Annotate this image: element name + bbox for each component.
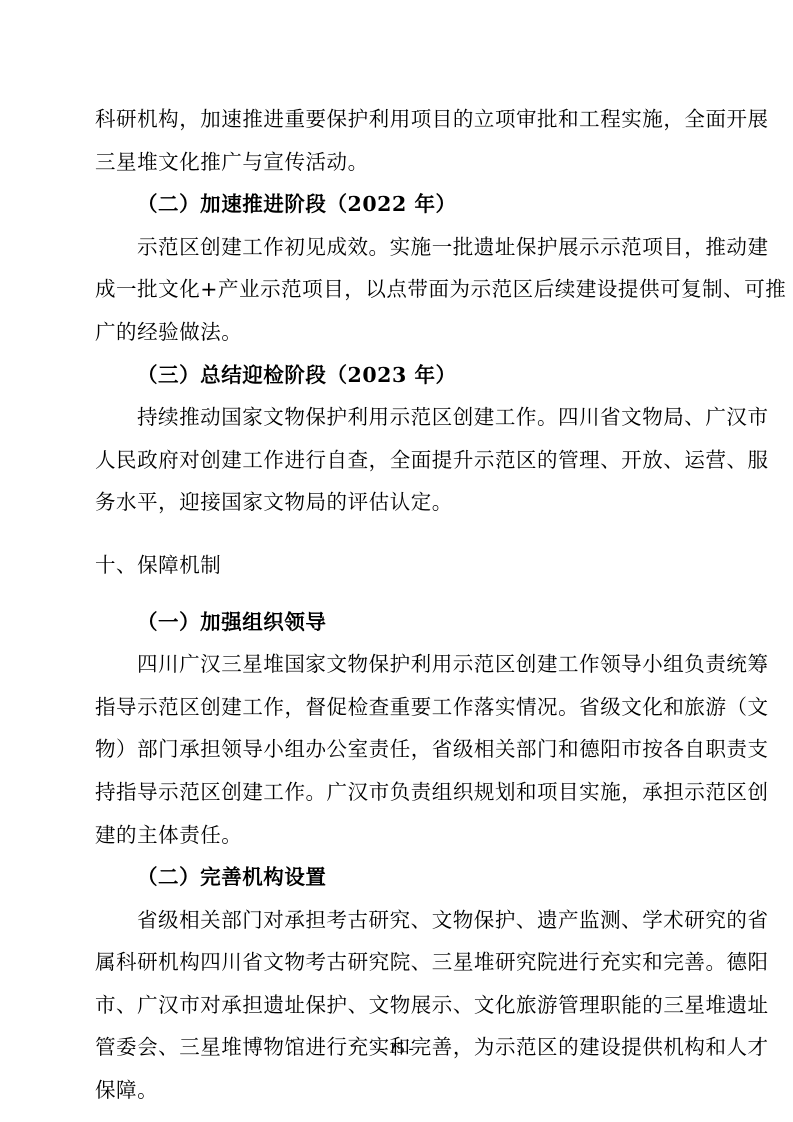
paragraph-line: 三星堆文化推广与宣传活动。 (95, 141, 705, 184)
paragraph-line: 物）部门承担领导小组办公室责任，省级相关部门和德阳市按各自职责支 (95, 728, 700, 771)
spacer (95, 524, 705, 544)
document-page: 科研机构，加速推进重要保护利用项目的立项审批和工程实施，全面开展 三星堆文化推广… (95, 98, 705, 1112)
paragraph-line: 示范区创建工作初见成效。实施一批遗址保护展示示范项目，推动建 (95, 226, 700, 269)
paragraph-acceleration-stage: 示范区创建工作初见成效。实施一批遗址保护展示示范项目，推动建 成一批文化+产业示… (95, 226, 705, 354)
paragraph-line: 属科研机构四川省文物考古研究院、三星堆研究院进行充实和完善。德阳 (95, 941, 700, 984)
paragraph-continuation: 科研机构，加速推进重要保护利用项目的立项审批和工程实施，全面开展 三星堆文化推广… (95, 98, 705, 183)
paragraph-line: 指导示范区创建工作，督促检查重要工作落实情况。省级文化和旅游（文 (95, 686, 700, 729)
paragraph-line: 持续推动国家文物保护利用示范区创建工作。四川省文物局、广汉市 (95, 396, 700, 439)
paragraph-line: 市、广汉市对承担遗址保护、文物展示、文化旅游管理职能的三星堆遗址 (95, 984, 700, 1027)
paragraph-line: 科研机构，加速推进重要保护利用项目的立项审批和工程实施，全面开展 (95, 98, 700, 141)
paragraph-review-stage: 持续推动国家文物保护利用示范区创建工作。四川省文物局、广汉市 人民政府对创建工作… (95, 396, 705, 524)
paragraph-line: 四川广汉三星堆国家文物保护利用示范区创建工作领导小组负责统筹 (95, 643, 700, 686)
page-number: - 15 - (0, 1040, 793, 1058)
paragraph-leadership: 四川广汉三星堆国家文物保护利用示范区创建工作领导小组负责统筹 指导示范区创建工作… (95, 643, 705, 856)
subheading-acceleration-stage: （二）加速推进阶段（2022 年） (95, 183, 705, 226)
paragraph-line: 成一批文化+产业示范项目，以点带面为示范区后续建设提供可复制、可推 (95, 268, 700, 311)
section-heading-safeguards: 十、保障机制 (95, 544, 705, 587)
spacer (95, 587, 705, 601)
paragraph-line: 广的经验做法。 (95, 311, 705, 354)
subheading-institutions: （二）完善机构设置 (95, 856, 705, 899)
subheading-review-stage: （三）总结迎检阶段（2023 年） (95, 354, 705, 397)
paragraph-line: 保障。 (95, 1069, 705, 1112)
paragraph-line: 务水平，迎接国家文物局的评估认定。 (95, 481, 705, 524)
paragraph-line: 持指导示范区创建工作。广汉市负责组织规划和项目实施，承担示范区创 (95, 771, 700, 814)
subheading-leadership: （一）加强组织领导 (95, 601, 705, 644)
paragraph-line: 建的主体责任。 (95, 814, 705, 857)
paragraph-line: 省级相关部门对承担考古研究、文物保护、遗产监测、学术研究的省 (95, 899, 700, 942)
paragraph-line: 人民政府对创建工作进行自查，全面提升示范区的管理、开放、运营、服 (95, 439, 700, 482)
paragraph-institutions: 省级相关部门对承担考古研究、文物保护、遗产监测、学术研究的省 属科研机构四川省文… (95, 899, 705, 1112)
